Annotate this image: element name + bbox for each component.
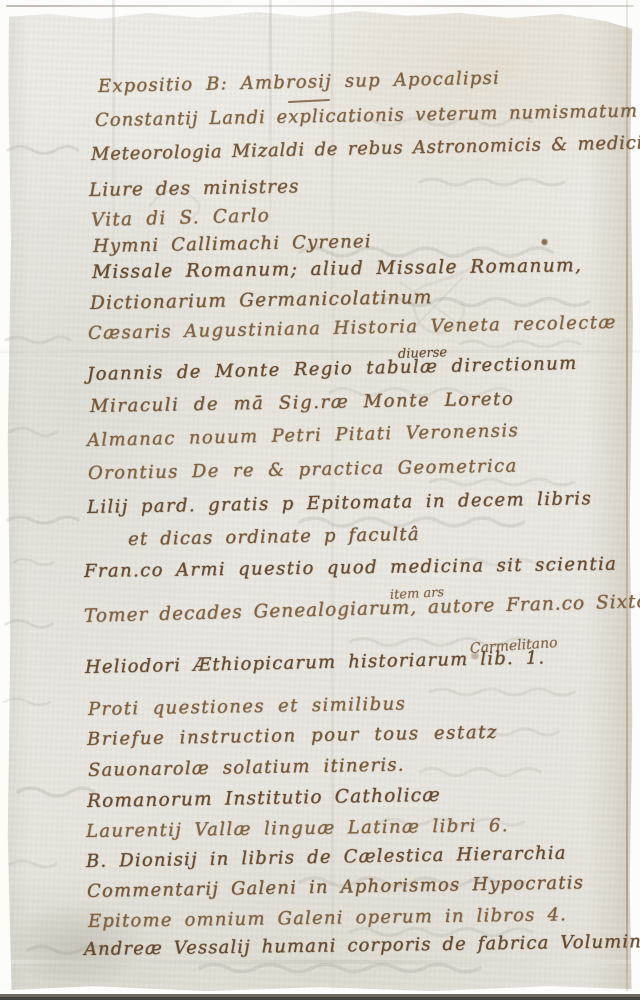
page-edge: [0, 991, 640, 1000]
manuscript-line: Liure des ministres: [89, 176, 300, 201]
manuscript-scan: { "doc": { "description": "Aged handwrit…: [0, 0, 640, 1000]
page-edge: [6, 5, 634, 7]
